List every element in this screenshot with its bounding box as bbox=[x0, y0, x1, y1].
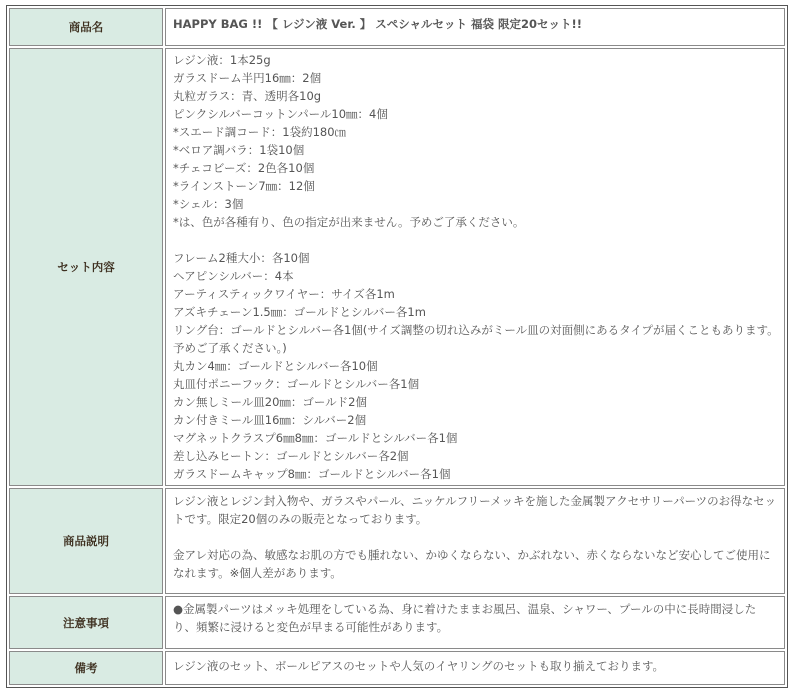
label-description: 商品説明 bbox=[9, 488, 163, 594]
set-item: レジン液：1本25g bbox=[173, 51, 778, 69]
set-item: ピンクシルバーコットンパール10㎜：4個 bbox=[173, 105, 778, 123]
spacer bbox=[173, 231, 778, 249]
row-remarks: 備考 レジン液のセット、ボールピアスのセットや人気のイヤリングのセットも取り揃え… bbox=[9, 651, 785, 685]
label-set-contents: セット内容 bbox=[9, 48, 163, 486]
caution-text: ●金属製パーツはメッキ処理をしている為、身に着けたままお風呂、温泉、シャワー、プ… bbox=[173, 600, 778, 636]
set-item: 丸粒ガラス：青、透明各10g bbox=[173, 87, 778, 105]
set-item: ガラスドーム半円16㎜：2個 bbox=[173, 69, 778, 87]
set-item: 差し込みヒートン：ゴールドとシルバー各2個 bbox=[173, 447, 778, 465]
set-item: 丸カン4㎜：ゴールドとシルバー各10個 bbox=[173, 357, 778, 375]
product-spec-table: 商品名 HAPPY BAG !! 【 レジン液 Ver. 】 スペシャルセット … bbox=[6, 5, 788, 688]
product-name-value: HAPPY BAG !! 【 レジン液 Ver. 】 スペシャルセット 福袋 限… bbox=[165, 8, 785, 46]
set-item: カン付きミール皿16㎜：シルバー2個 bbox=[173, 411, 778, 429]
set-note: *は、色が各種有り、色の指定が出来ません。予めご了承ください。 bbox=[173, 213, 778, 231]
description-paragraph: 金アレ対応の為、敏感なお肌の方でも腫れない、かゆくならない、かぶれない、赤くなら… bbox=[173, 546, 778, 582]
row-product-name: 商品名 HAPPY BAG !! 【 レジン液 Ver. 】 スペシャルセット … bbox=[9, 8, 785, 46]
label-product-name: 商品名 bbox=[9, 8, 163, 46]
set-item: *ラインストーン7㎜：12個 bbox=[173, 177, 778, 195]
label-caution: 注意事項 bbox=[9, 596, 163, 649]
set-item: アズキチェーン1.5㎜：ゴールドとシルバー各1m bbox=[173, 303, 778, 321]
description-paragraph: レジン液とレジン封入物や、ガラスやパール、ニッケルフリーメッキを施した金属製アク… bbox=[173, 492, 778, 528]
set-item: *スエード調コード：1袋約180㎝ bbox=[173, 123, 778, 141]
set-item: 予めご了承ください。) bbox=[173, 339, 778, 357]
set-item: *ベロア調バラ：1袋10個 bbox=[173, 141, 778, 159]
label-remarks: 備考 bbox=[9, 651, 163, 685]
set-item: マグネットクラスプ6㎜8㎜：ゴールドとシルバー各1個 bbox=[173, 429, 778, 447]
spacer bbox=[173, 528, 778, 546]
set-item: *チェコビーズ：2色各10個 bbox=[173, 159, 778, 177]
row-description: 商品説明 レジン液とレジン封入物や、ガラスやパール、ニッケルフリーメッキを施した… bbox=[9, 488, 785, 594]
set-item: リング台：ゴールドとシルバー各1個(サイズ調整の切れ込みがミール皿の対面側にある… bbox=[173, 321, 778, 339]
row-set-contents: セット内容 レジン液：1本25g ガラスドーム半円16㎜：2個 丸粒ガラス：青、… bbox=[9, 48, 785, 486]
caution-value: ●金属製パーツはメッキ処理をしている為、身に着けたままお風呂、温泉、シャワー、プ… bbox=[165, 596, 785, 649]
set-item: カン無しミール皿20㎜：ゴールド2個 bbox=[173, 393, 778, 411]
set-item: 丸皿付ポニーフック：ゴールドとシルバー各1個 bbox=[173, 375, 778, 393]
remarks-value: レジン液のセット、ボールピアスのセットや人気のイヤリングのセットも取り揃えており… bbox=[165, 651, 785, 685]
set-item: ガラスドームキャップ8㎜：ゴールドとシルバー各1個 bbox=[173, 465, 778, 483]
set-item: フレーム2種大小：各10個 bbox=[173, 249, 778, 267]
description-value: レジン液とレジン封入物や、ガラスやパール、ニッケルフリーメッキを施した金属製アク… bbox=[165, 488, 785, 594]
set-contents-value: レジン液：1本25g ガラスドーム半円16㎜：2個 丸粒ガラス：青、透明各10g… bbox=[165, 48, 785, 486]
row-caution: 注意事項 ●金属製パーツはメッキ処理をしている為、身に着けたままお風呂、温泉、シ… bbox=[9, 596, 785, 649]
set-item: ヘアピンシルバー：4本 bbox=[173, 267, 778, 285]
set-item: *シェル：3個 bbox=[173, 195, 778, 213]
set-item: アーティスティックワイヤー：サイズ各1m bbox=[173, 285, 778, 303]
